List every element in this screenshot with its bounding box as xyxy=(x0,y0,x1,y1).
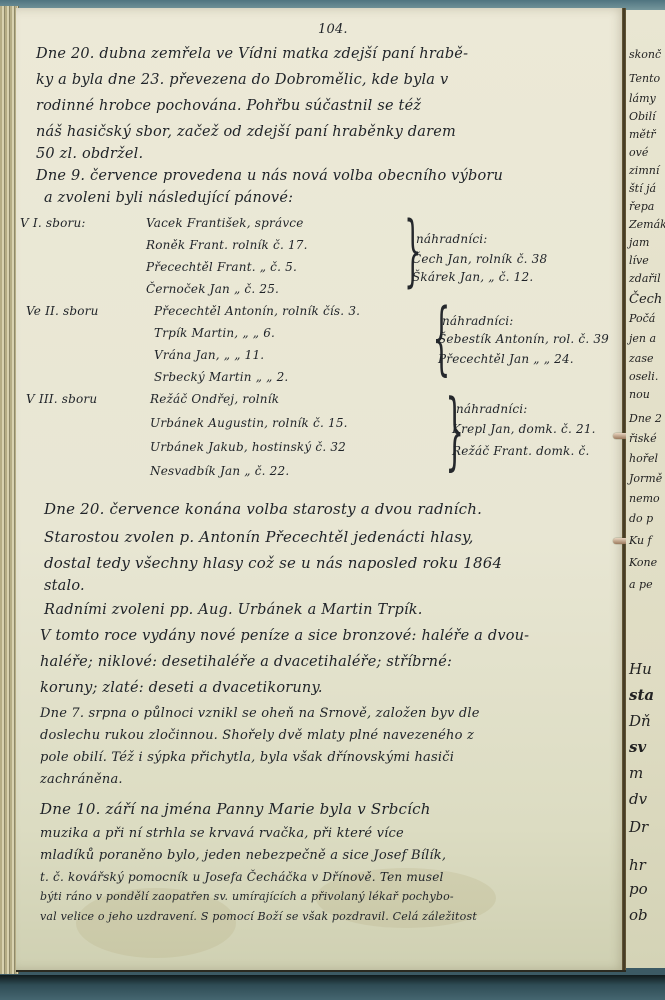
fragment-text: Tento xyxy=(629,72,660,85)
chronicle-page: 104. Dne 20. dubna zemřela ve Vídni matk… xyxy=(16,8,626,972)
fragment-text: lámy xyxy=(629,92,656,105)
text-line: a zvoleni byli následující pánové: xyxy=(44,190,293,206)
fragment-text: po xyxy=(629,880,648,898)
fragment-text: oseli. xyxy=(629,370,658,383)
text-line: Dne 9. července provedena u nás nová vol… xyxy=(36,168,503,184)
member-line: Přecechtěl Antonín, rolník čís. 3. xyxy=(154,304,360,318)
member-line: Srbecký Martin „ „ 2. xyxy=(154,370,288,384)
fragment-text: Ku f xyxy=(629,534,652,547)
text-line: Radními zvoleni pp. Aug. Urbánek a Marti… xyxy=(44,602,423,618)
text-line: doslechu rukou zločinnou. Shořely dvě ml… xyxy=(40,728,474,743)
text-line: Dne 20. dubna zemřela ve Vídni matka zde… xyxy=(36,46,468,62)
text-line: 50 zl. obdržel. xyxy=(36,146,143,162)
substitutes-label: náhradníci: xyxy=(456,402,528,416)
member-line: Vrána Jan, „ „ 11. xyxy=(154,348,264,362)
text-line: pole obilí. Též i sýpka přichytla, byla … xyxy=(40,750,454,765)
text-line: haléře; niklové: desetihaléře a dvacetih… xyxy=(40,654,452,670)
fragment-text: Dr xyxy=(629,818,648,836)
text-line: Dne 10. září na jména Panny Marie byla v… xyxy=(40,800,431,818)
text-line: stalo. xyxy=(44,578,85,594)
text-line: koruny; zlaté: deseti a dvacetikoruny. xyxy=(40,680,323,696)
fragment-text: ové xyxy=(629,146,648,159)
substitutes-label: náhradníci: xyxy=(442,314,514,328)
page-number: 104. xyxy=(318,22,348,37)
fragment-text: nou xyxy=(629,388,650,401)
text-line: ky a byla dne 23. převezena do Dobroměli… xyxy=(36,72,448,88)
text-line: muzika a při ní strhla se krvavá rvačka,… xyxy=(40,826,404,841)
member-line: Vacek František, správce xyxy=(146,216,304,230)
member-line: Přecechtěl Frant. „ č. 5. xyxy=(146,260,297,274)
member-line: Režáč Ondřej, rolník xyxy=(150,392,279,406)
text-line: býti ráno v pondělí zaopatřen sv. umíraj… xyxy=(40,890,454,903)
fragment-text: Dne 2 xyxy=(629,412,662,425)
fragment-text: Zemák xyxy=(629,218,665,231)
fragment-text: jen a xyxy=(629,332,656,345)
fragment-text: do p xyxy=(629,512,653,525)
section-label: V I. sboru: xyxy=(20,216,86,230)
text-line: V tomto roce vydány nové peníze a sice b… xyxy=(40,628,529,644)
text-line: Starostou zvolen p. Antonín Přecechtěl j… xyxy=(44,528,474,546)
text-line: rodinné hrobce pochována. Pohřbu súčastn… xyxy=(36,98,421,114)
section-label: V III. sboru xyxy=(26,392,97,406)
fragment-text: řiské xyxy=(629,432,657,445)
fragment-text: zimní xyxy=(629,164,659,177)
member-line: Nesvadbík Jan „ č. 22. xyxy=(150,464,289,478)
substitute-line: Režáč Frant. domk. č. xyxy=(452,444,589,458)
member-line: Urbánek Augustin, rolník č. 15. xyxy=(150,416,348,430)
substitute-line: Krepl Jan, domk. č. 21. xyxy=(452,422,596,436)
fragment-text: Dň xyxy=(629,712,651,730)
substitute-line: Šebestík Antonín, rol. č. 39 xyxy=(438,332,609,346)
fragment-text: zdařil xyxy=(629,272,661,285)
member-line: Urbánek Jakub, hostinský č. 32 xyxy=(150,440,346,454)
text-line: Dne 20. července konána volba starosty a… xyxy=(44,500,482,518)
fragment-text: řepa xyxy=(629,200,654,213)
substitute-line: Škárek Jan, „ č. 12. xyxy=(412,270,533,284)
fragment-text: jam xyxy=(629,236,649,249)
adjacent-page: skonč Tento lámy Obilí mětř ové zimní št… xyxy=(626,10,665,968)
background-bottom xyxy=(0,975,665,1000)
member-line: Černoček Jan „ č. 25. xyxy=(146,282,279,296)
fragment-text: nemo xyxy=(629,492,660,505)
fragment-text: mětř xyxy=(629,128,656,141)
text-line: mladíků poraněno bylo, jeden nebezpečně … xyxy=(40,848,446,863)
fragment-text: zase xyxy=(629,352,654,365)
substitutes-label: náhradníci: xyxy=(416,232,488,246)
text-line: dostal tedy všechny hlasy což se u nás n… xyxy=(44,554,502,572)
fragment-text: Obilí xyxy=(629,110,656,123)
section-label: Ve II. sboru xyxy=(26,304,99,318)
member-line: Roněk Frant. rolník č. 17. xyxy=(146,238,308,252)
fragment-text: sta xyxy=(629,686,654,704)
text-line: val velice o jeho uzdravení. S pomocí Bo… xyxy=(40,910,477,923)
fragment-text: a pe xyxy=(629,578,653,591)
substitute-line: Čech Jan, rolník č. 38 xyxy=(412,252,547,266)
fragment-text: Počá xyxy=(629,312,655,325)
fragment-text: Kone xyxy=(629,556,657,569)
text-line: t. č. kovářský pomocník u Josefa Čecháčk… xyxy=(40,870,444,884)
text-line: náš hasičský sbor, začež od zdejší paní … xyxy=(36,124,456,140)
fragment-text: Čech xyxy=(629,292,662,307)
fragment-text: Hu xyxy=(629,660,652,678)
text-line: Dne 7. srpna o půlnoci vznikl se oheň na… xyxy=(40,706,480,721)
fragment-text: Jormě xyxy=(629,472,662,485)
fragment-text: líve xyxy=(629,254,649,267)
substitute-line: Přecechtěl Jan „ „ 24. xyxy=(438,352,574,366)
fragment-text: sv xyxy=(629,738,646,756)
member-line: Trpík Martin, „ „ 6. xyxy=(154,326,275,340)
fragment-text: ští já xyxy=(629,182,656,195)
fragment-text: dv xyxy=(629,790,647,808)
fragment-text: hr xyxy=(629,856,646,874)
fragment-text: skonč xyxy=(629,48,661,61)
text-line: zachráněna. xyxy=(40,772,123,787)
fragment-text: hořel xyxy=(629,452,658,465)
fragment-text: ob xyxy=(629,906,648,924)
fragment-text: m xyxy=(629,764,643,782)
